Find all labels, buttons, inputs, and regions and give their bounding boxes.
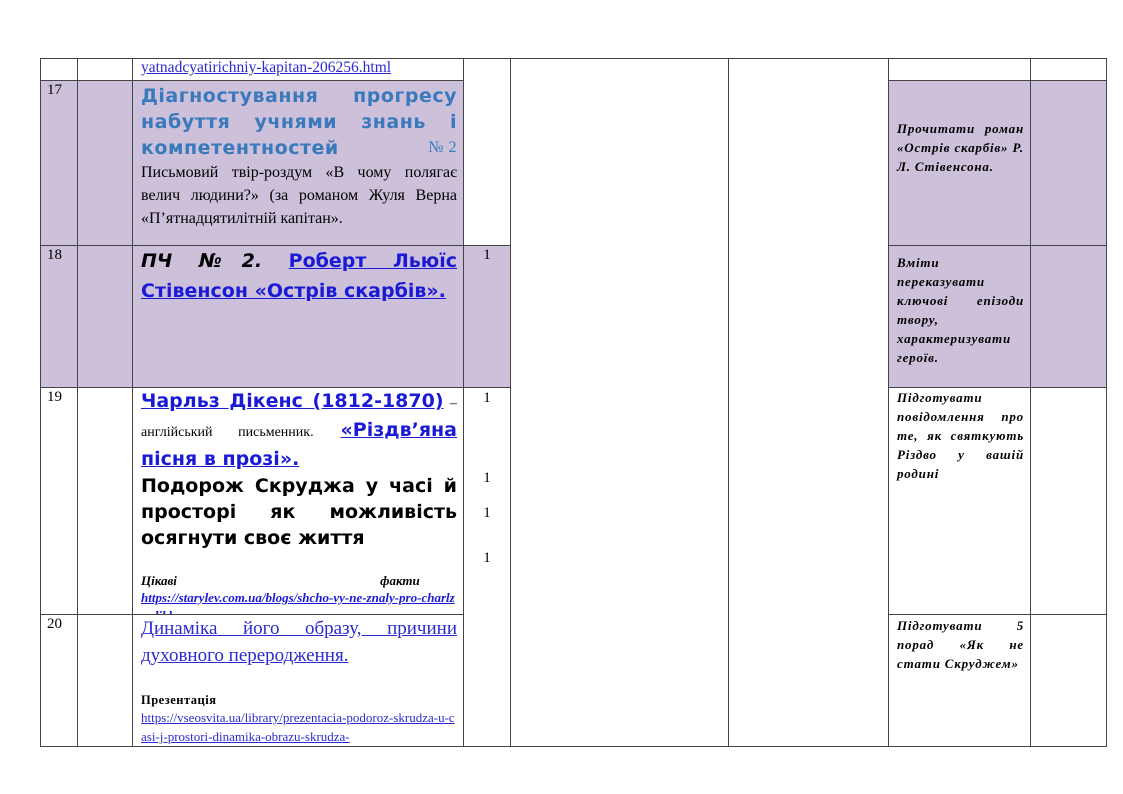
row-19-notes-cell xyxy=(1030,387,1107,615)
row-cont-date-cell xyxy=(77,58,133,81)
row-19-date-cell xyxy=(77,387,133,615)
row-19-topic-cell: Чарльз Дікенс (1812-1870) – англійський … xyxy=(132,387,464,615)
row-cont-topic-cell: yatnadcyatirichniy-kapitan-206256.html xyxy=(132,58,464,81)
row-20-presentation-label: Презентація xyxy=(141,693,457,708)
row-18-date-cell xyxy=(77,245,133,388)
row-19-author-link[interactable]: Чарльз Дікенс (1812-1870) xyxy=(141,390,444,412)
row-17-homework: Прочитати роман «Острів скарбів» Р. Л. С… xyxy=(888,80,1031,246)
row-18-homework: Вміти переказувати ключові епізоди твору… xyxy=(888,245,1031,388)
row-20-date-cell xyxy=(77,614,133,747)
row-19-hours-4: 1 xyxy=(464,550,510,567)
row-20-topic-link[interactable]: Динаміка його образу, причини духовного … xyxy=(141,615,457,669)
row-17-number: 17 xyxy=(40,80,78,246)
column-5-cell xyxy=(510,58,729,747)
row-19-hours-1: 1 xyxy=(464,390,510,407)
row-cont-num-cell xyxy=(40,58,78,81)
row-19-facts-label: Цікаві факти xyxy=(141,573,457,589)
row-19-facts-link[interactable]: https://starylev.com.ua/blogs/shcho-vy-n… xyxy=(141,589,457,615)
row-cont-notes-cell xyxy=(1030,58,1107,81)
row-18-prefix: ПЧ №2. xyxy=(141,250,262,272)
hours-cell-cont-17 xyxy=(463,58,511,246)
row-cont-homework-cell xyxy=(888,58,1031,81)
row-17-heading: Діагностування прогресу набуття учнями з… xyxy=(141,83,457,161)
row-18-notes-cell xyxy=(1030,245,1107,388)
row-18-hours: 1 xyxy=(463,245,511,388)
row-20-notes-cell xyxy=(1030,614,1107,747)
row-20-homework: Підготувати 5 порад «Як не стати Скрудже… xyxy=(888,614,1031,747)
row-18-topic: ПЧ №2. Роберт Льюїс Стівенсон «Острів ск… xyxy=(141,246,457,306)
row-17-body: Письмовий твір-роздум «В чому полягає ве… xyxy=(141,161,457,230)
row-19-intro: Чарльз Дікенс (1812-1870) – англійський … xyxy=(141,388,457,473)
row-18-number: 18 xyxy=(40,245,78,388)
hours-cell-19-20: 1 1 1 1 xyxy=(463,387,511,747)
row-20-number: 20 xyxy=(40,614,78,747)
row-19-topic: Подорож Скруджа у часі й просторі як мож… xyxy=(141,473,457,551)
row-20-topic-cell: Динаміка його образу, причини духовного … xyxy=(132,614,464,747)
link-kapitan-tail[interactable]: yatnadcyatirichniy-kapitan-206256.html xyxy=(141,59,391,76)
row-19-number: 19 xyxy=(40,387,78,615)
row-17-topic-cell: Діагностування прогресу набуття учнями з… xyxy=(132,80,464,246)
row-17-heading-number: № 2 xyxy=(428,135,457,161)
row-19-hours-2: 1 xyxy=(464,470,510,487)
row-17-notes-cell xyxy=(1030,80,1107,246)
row-17-date-cell xyxy=(77,80,133,246)
row-20-presentation-link[interactable]: https://vseosvita.ua/library/prezentacia… xyxy=(141,708,457,746)
row-19-homework: Підготувати повідомлення про те, як свят… xyxy=(888,387,1031,615)
row-19-hours-3: 1 xyxy=(464,505,510,522)
row-18-topic-cell: ПЧ №2. Роберт Льюїс Стівенсон «Острів ск… xyxy=(132,245,464,388)
column-6-cell xyxy=(728,58,889,747)
